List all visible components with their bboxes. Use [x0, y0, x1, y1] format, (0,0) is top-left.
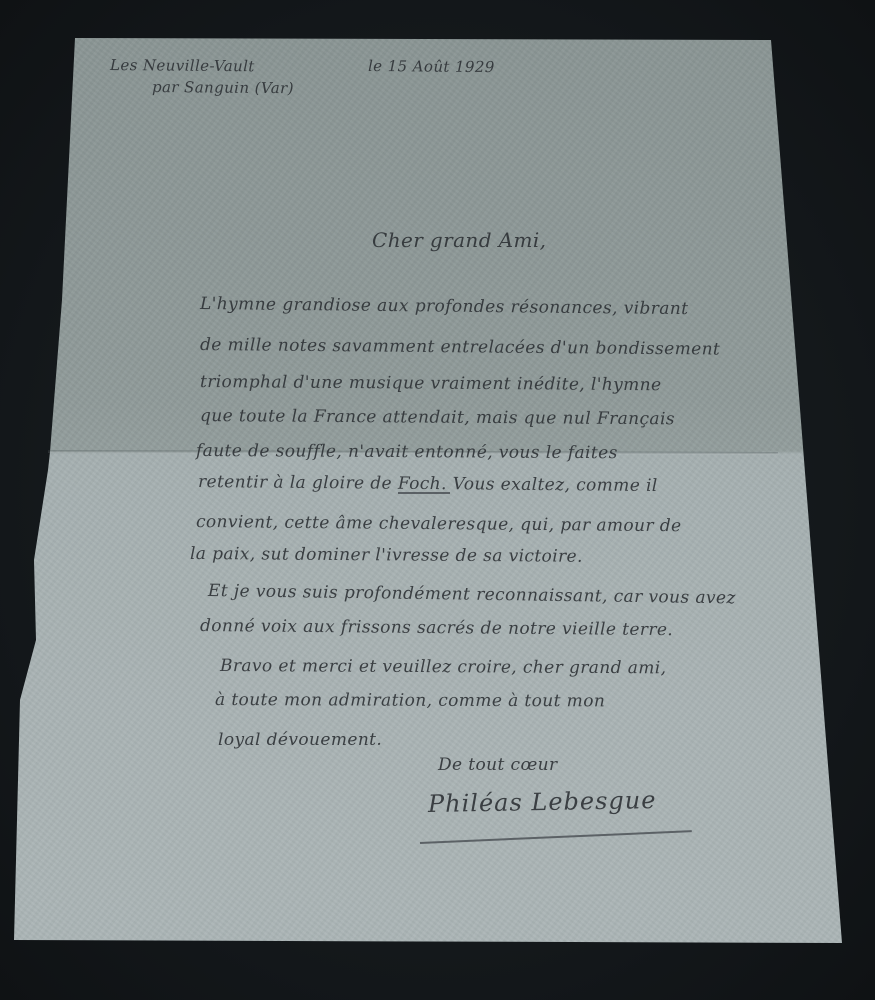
body-line: convient, cette âme chevaleresque, qui, …	[196, 512, 682, 536]
body-line: Bravo et merci et veuillez croire, cher …	[220, 656, 667, 678]
body-line: la paix, sut dominer l'ivresse de sa vic…	[190, 544, 583, 567]
header-date: le 15 Août 1929	[368, 57, 495, 76]
salutation: Cher grand Ami,	[372, 228, 546, 252]
header-place-line-1: Les Neuville-Vault	[110, 56, 255, 75]
signature: Philéas Lebesgue	[428, 786, 657, 818]
foch-underline	[398, 492, 450, 494]
body-line: donné voix aux frissons sacrés de notre …	[200, 616, 673, 640]
closing: De tout cœur	[438, 755, 558, 775]
body-line: triomphal d'une musique vraiment inédite…	[200, 372, 662, 395]
body-line: faute de souffle, n'avait entonné, vous …	[196, 441, 618, 463]
body-line: que toute la France attendait, mais que …	[200, 406, 675, 429]
header-place-line-2: par Sanguin (Var)	[152, 78, 294, 97]
body-line: loyal dévouement.	[218, 730, 382, 750]
body-line: à toute mon admiration, comme à tout mon	[215, 690, 605, 711]
letter-paper	[0, 0, 875, 1000]
paper-texture	[0, 0, 875, 1000]
